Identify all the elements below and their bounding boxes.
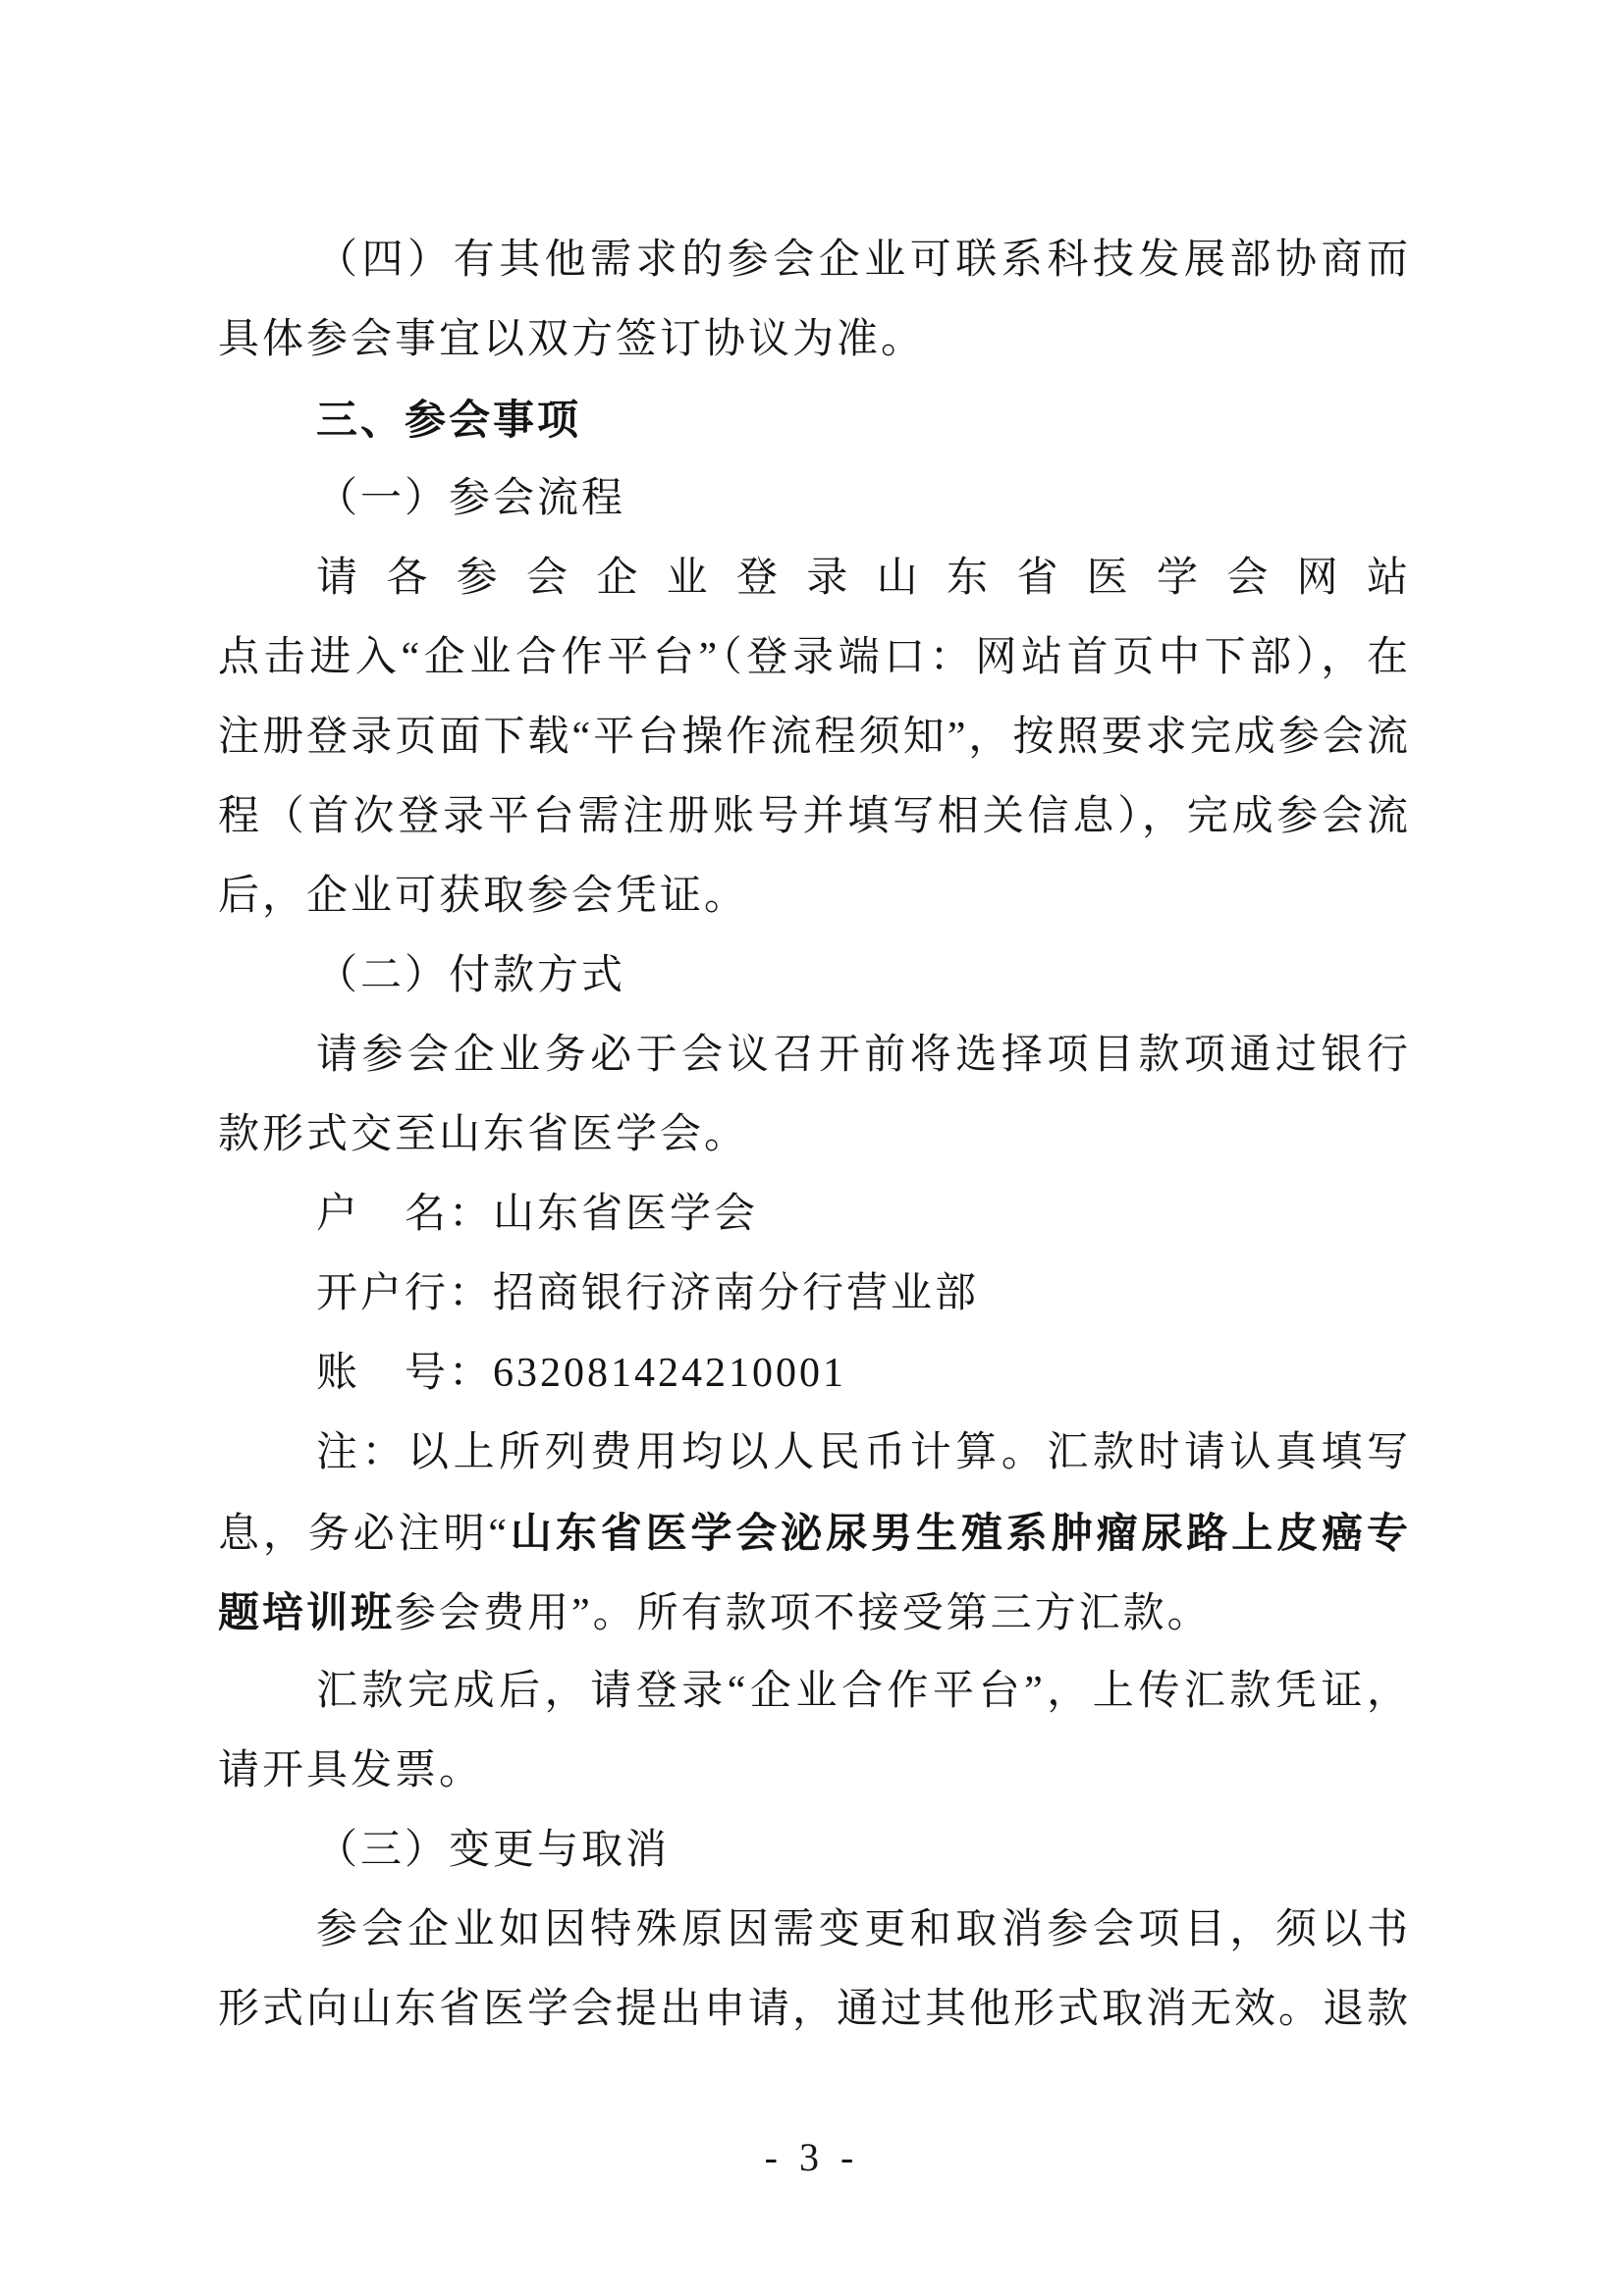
para-invoice-line-2: 请开具发票。	[218, 1732, 1411, 1811]
note-text-normal: 息，务必注明“	[218, 1512, 510, 1557]
para-payment-line-2: 款形式交至山东省医学会。	[218, 1095, 1411, 1175]
para-change-line-2: 形式向山东省医学会提出申请，通过其他形式取消无效。退款	[218, 1970, 1411, 2050]
para-note-line-2: 息，务必注明“山东省医学会泌尿男生殖系肿瘤尿路上皮癌专	[218, 1493, 1411, 1573]
para-flow-line-4: 程（首次登录平台需注册账号并填写相关信息），完成参会流程	[218, 777, 1411, 857]
bank-account-number: 账 号：632081424210001	[218, 1334, 1411, 1414]
para-other-needs-line-2: 具体参会事宜以双方签订协议为准。	[218, 300, 1411, 380]
subsection-heading-flow: （一）参会流程	[218, 459, 1411, 539]
bank-branch: 开户行：招商银行济南分行营业部	[218, 1255, 1411, 1334]
para-flow-line-1: 请各参会企业登录山东省医学会网站（www.shdma.com），	[218, 539, 1411, 618]
para-note-line-3: 题培训班参会费用”。所有款项不接受第三方汇款。	[218, 1573, 1411, 1652]
page-number: - 3 -	[0, 2117, 1624, 2197]
para-change-line-1: 参会企业如因特殊原因需变更和取消参会项目，须以书面	[218, 1891, 1411, 1970]
document-body: （四）有其他需求的参会企业可联系科技发展部协商而定， 具体参会事宜以双方签订协议…	[218, 221, 1411, 2050]
para-flow-line-2: 点击进入“企业合作平台”（登录端口：网站首页中下部），在	[218, 618, 1411, 698]
document-page: （四）有其他需求的参会企业可联系科技发展部协商而定， 具体参会事宜以双方签订协议…	[0, 0, 1624, 2296]
para-note-line-1: 注：以上所列费用均以人民币计算。汇款时请认真填写信	[218, 1414, 1411, 1493]
para-flow-line-5: 后，企业可获取参会凭证。	[218, 857, 1411, 936]
para-payment-line-1: 请参会企业务必于会议召开前将选择项目款项通过银行汇	[218, 1016, 1411, 1095]
para-flow-line-3: 注册登录页面下载“平台操作流程须知”，按照要求完成参会流	[218, 698, 1411, 777]
note-text-normal-cont: 参会费用”。所有款项不接受第三方汇款。	[395, 1591, 1212, 1636]
bank-account-name: 户 名：山东省医学会	[218, 1175, 1411, 1255]
subsection-heading-payment: （二）付款方式	[218, 936, 1411, 1016]
note-text-bold-cont: 题培训班	[218, 1589, 395, 1635]
para-invoice-line-1: 汇款完成后，请登录“企业合作平台”，上传汇款凭证，申	[218, 1652, 1411, 1732]
section-heading-3: 三、参会事项	[218, 380, 1411, 459]
subsection-heading-change-cancel: （三）变更与取消	[218, 1811, 1411, 1891]
para-other-needs-line-1: （四）有其他需求的参会企业可联系科技发展部协商而定，	[218, 221, 1411, 300]
note-text-bold: 山东省医学会泌尿男生殖系肿瘤尿路上皮癌专	[510, 1510, 1411, 1556]
